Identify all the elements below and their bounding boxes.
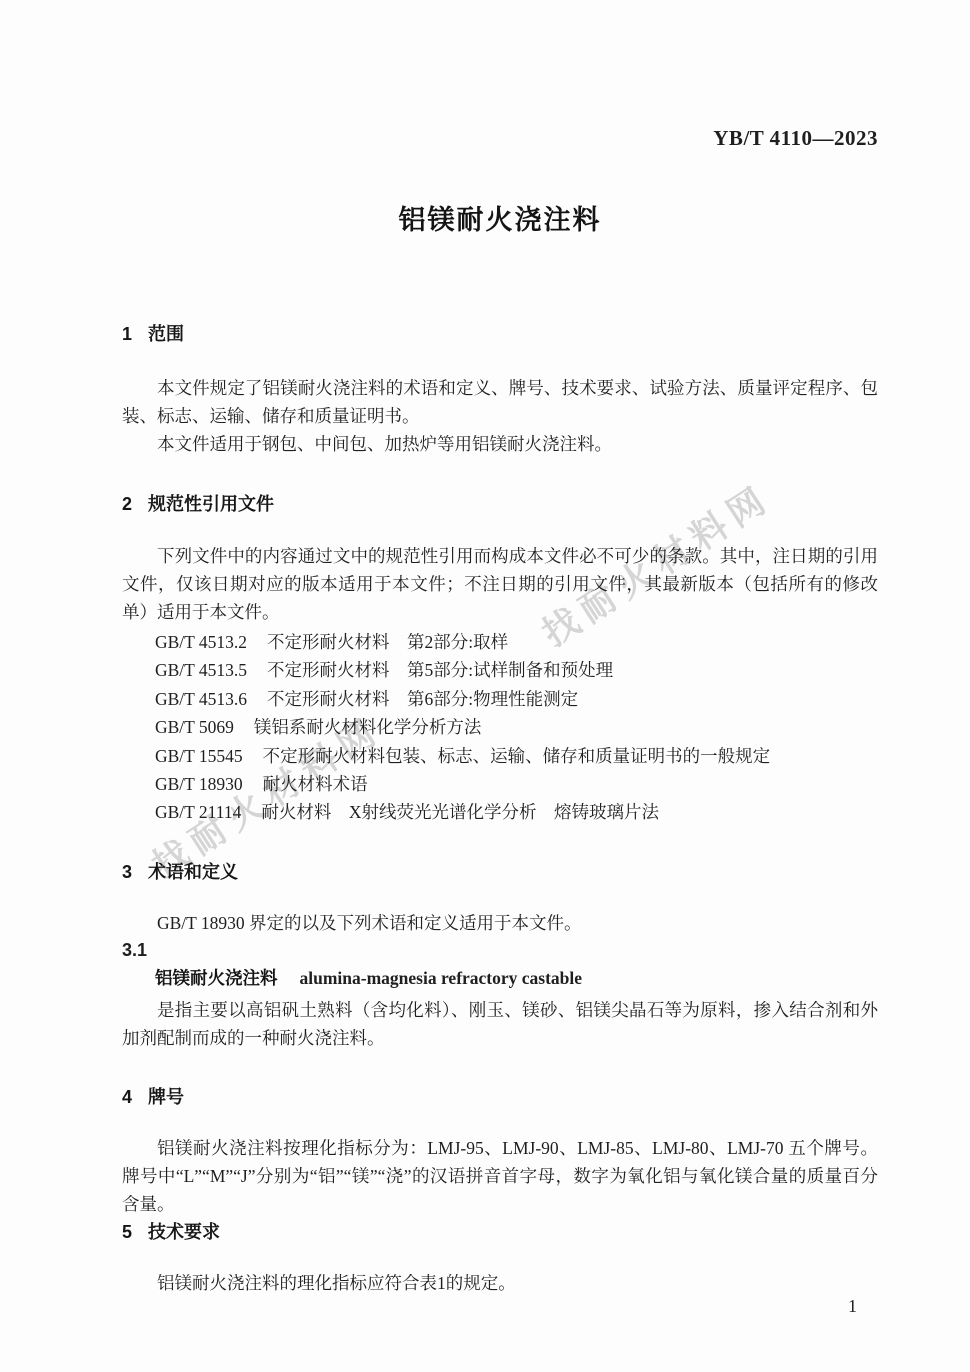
section-title: 术语和定义 [148,862,238,882]
reference-title: 不定形耐火材料包装、标志、运输、储存和质量证明书的一般规定 [263,746,771,766]
document-page: 找耐火材料网 找耐火材料网 YB/T 4110—2023 铝镁耐火浇注料 1范围… [0,0,970,1372]
term-entry: 铝镁耐火浇注料alumina-magnesia refractory casta… [122,965,878,990]
reference-code: GB/T 15545 [155,746,243,766]
section-number: 1 [122,324,132,345]
term-definition: 是指主要以高铝矾土熟料（含均化料）、刚玉、镁砂、铝镁尖晶石等为原料，掺入结合剂和… [122,996,878,1052]
reference-title: 耐火材料术语 [263,774,368,794]
section-title: 规范性引用文件 [148,494,274,514]
section-heading-technical-requirements: 5技术要求 [122,1218,878,1244]
normative-references-intro: 下列文件中的内容通过文中的规范性引用而构成本文件必不可少的条款。其中，注日期的引… [122,542,878,626]
reference-item: GB/T 5069镁铝系耐火材料化学分析方法 [155,713,878,741]
reference-code: GB/T 5069 [155,717,234,737]
section-number: 5 [122,1222,132,1243]
reference-code: GB/T 4513.6 [155,689,247,709]
section-heading-terms: 3术语和定义 [122,858,878,884]
reference-item: GB/T 4513.5不定形耐火材料 第5部分:试样制备和预处理 [155,656,878,684]
clause-number: 3.1 [122,940,878,961]
section-heading-scope: 1范围 [122,320,878,346]
technical-requirements-paragraph: 铝镁耐火浇注料的理化指标应符合表1的规定。 [122,1269,878,1297]
section-title: 牌号 [148,1087,184,1107]
section-number: 2 [122,494,132,515]
term-english: alumina-magnesia refractory castable [300,968,583,988]
page-number: 1 [848,1296,857,1317]
term-chinese: 铝镁耐火浇注料 [155,968,278,988]
section-number: 3 [122,862,132,883]
reference-title: 不定形耐火材料 第5部分:试样制备和预处理 [267,660,613,680]
standard-number: YB/T 4110—2023 [713,126,878,151]
reference-code: GB/T 4513.5 [155,660,247,680]
reference-item: GB/T 15545不定形耐火材料包装、标志、运输、储存和质量证明书的一般规定 [155,742,878,770]
reference-item: GB/T 4513.6不定形耐火材料 第6部分:物理性能测定 [155,685,878,713]
section-number: 4 [122,1087,132,1108]
reference-title: 不定形耐火材料 第2部分:取样 [267,632,508,652]
reference-item: GB/T 4513.2不定形耐火材料 第2部分:取样 [155,628,878,656]
reference-code: GB/T 4513.2 [155,632,247,652]
scope-paragraph-2: 本文件适用于钢包、中间包、加热炉等用铝镁耐火浇注料。 [122,430,878,458]
reference-item: GB/T 21114耐火材料 X射线荧光光谱化学分析 熔铸玻璃片法 [155,798,878,826]
terms-intro: GB/T 18930 界定的以及下列术语和定义适用于本文件。 [122,909,878,937]
reference-code: GB/T 18930 [155,774,243,794]
reference-code: GB/T 21114 [155,802,241,822]
section-title: 范围 [148,324,184,344]
section-heading-grades: 4牌号 [122,1083,878,1109]
reference-title: 不定形耐火材料 第6部分:物理性能测定 [267,689,578,709]
section-heading-normative-references: 2规范性引用文件 [122,490,878,516]
page-title: 铝镁耐火浇注料 [15,198,970,237]
normative-references-list: GB/T 4513.2不定形耐火材料 第2部分:取样 GB/T 4513.5不定… [122,628,878,827]
reference-title: 耐火材料 X射线荧光光谱化学分析 熔铸玻璃片法 [261,802,659,822]
reference-title: 镁铝系耐火材料化学分析方法 [254,717,482,737]
reference-item: GB/T 18930耐火材料术语 [155,770,878,798]
scope-paragraph-1: 本文件规定了铝镁耐火浇注料的术语和定义、牌号、技术要求、试验方法、质量评定程序、… [122,374,878,430]
grades-paragraph: 铝镁耐火浇注料按理化指标分为：LMJ-95、LMJ-90、LMJ-85、LMJ-… [122,1134,878,1218]
section-title: 技术要求 [148,1222,220,1242]
